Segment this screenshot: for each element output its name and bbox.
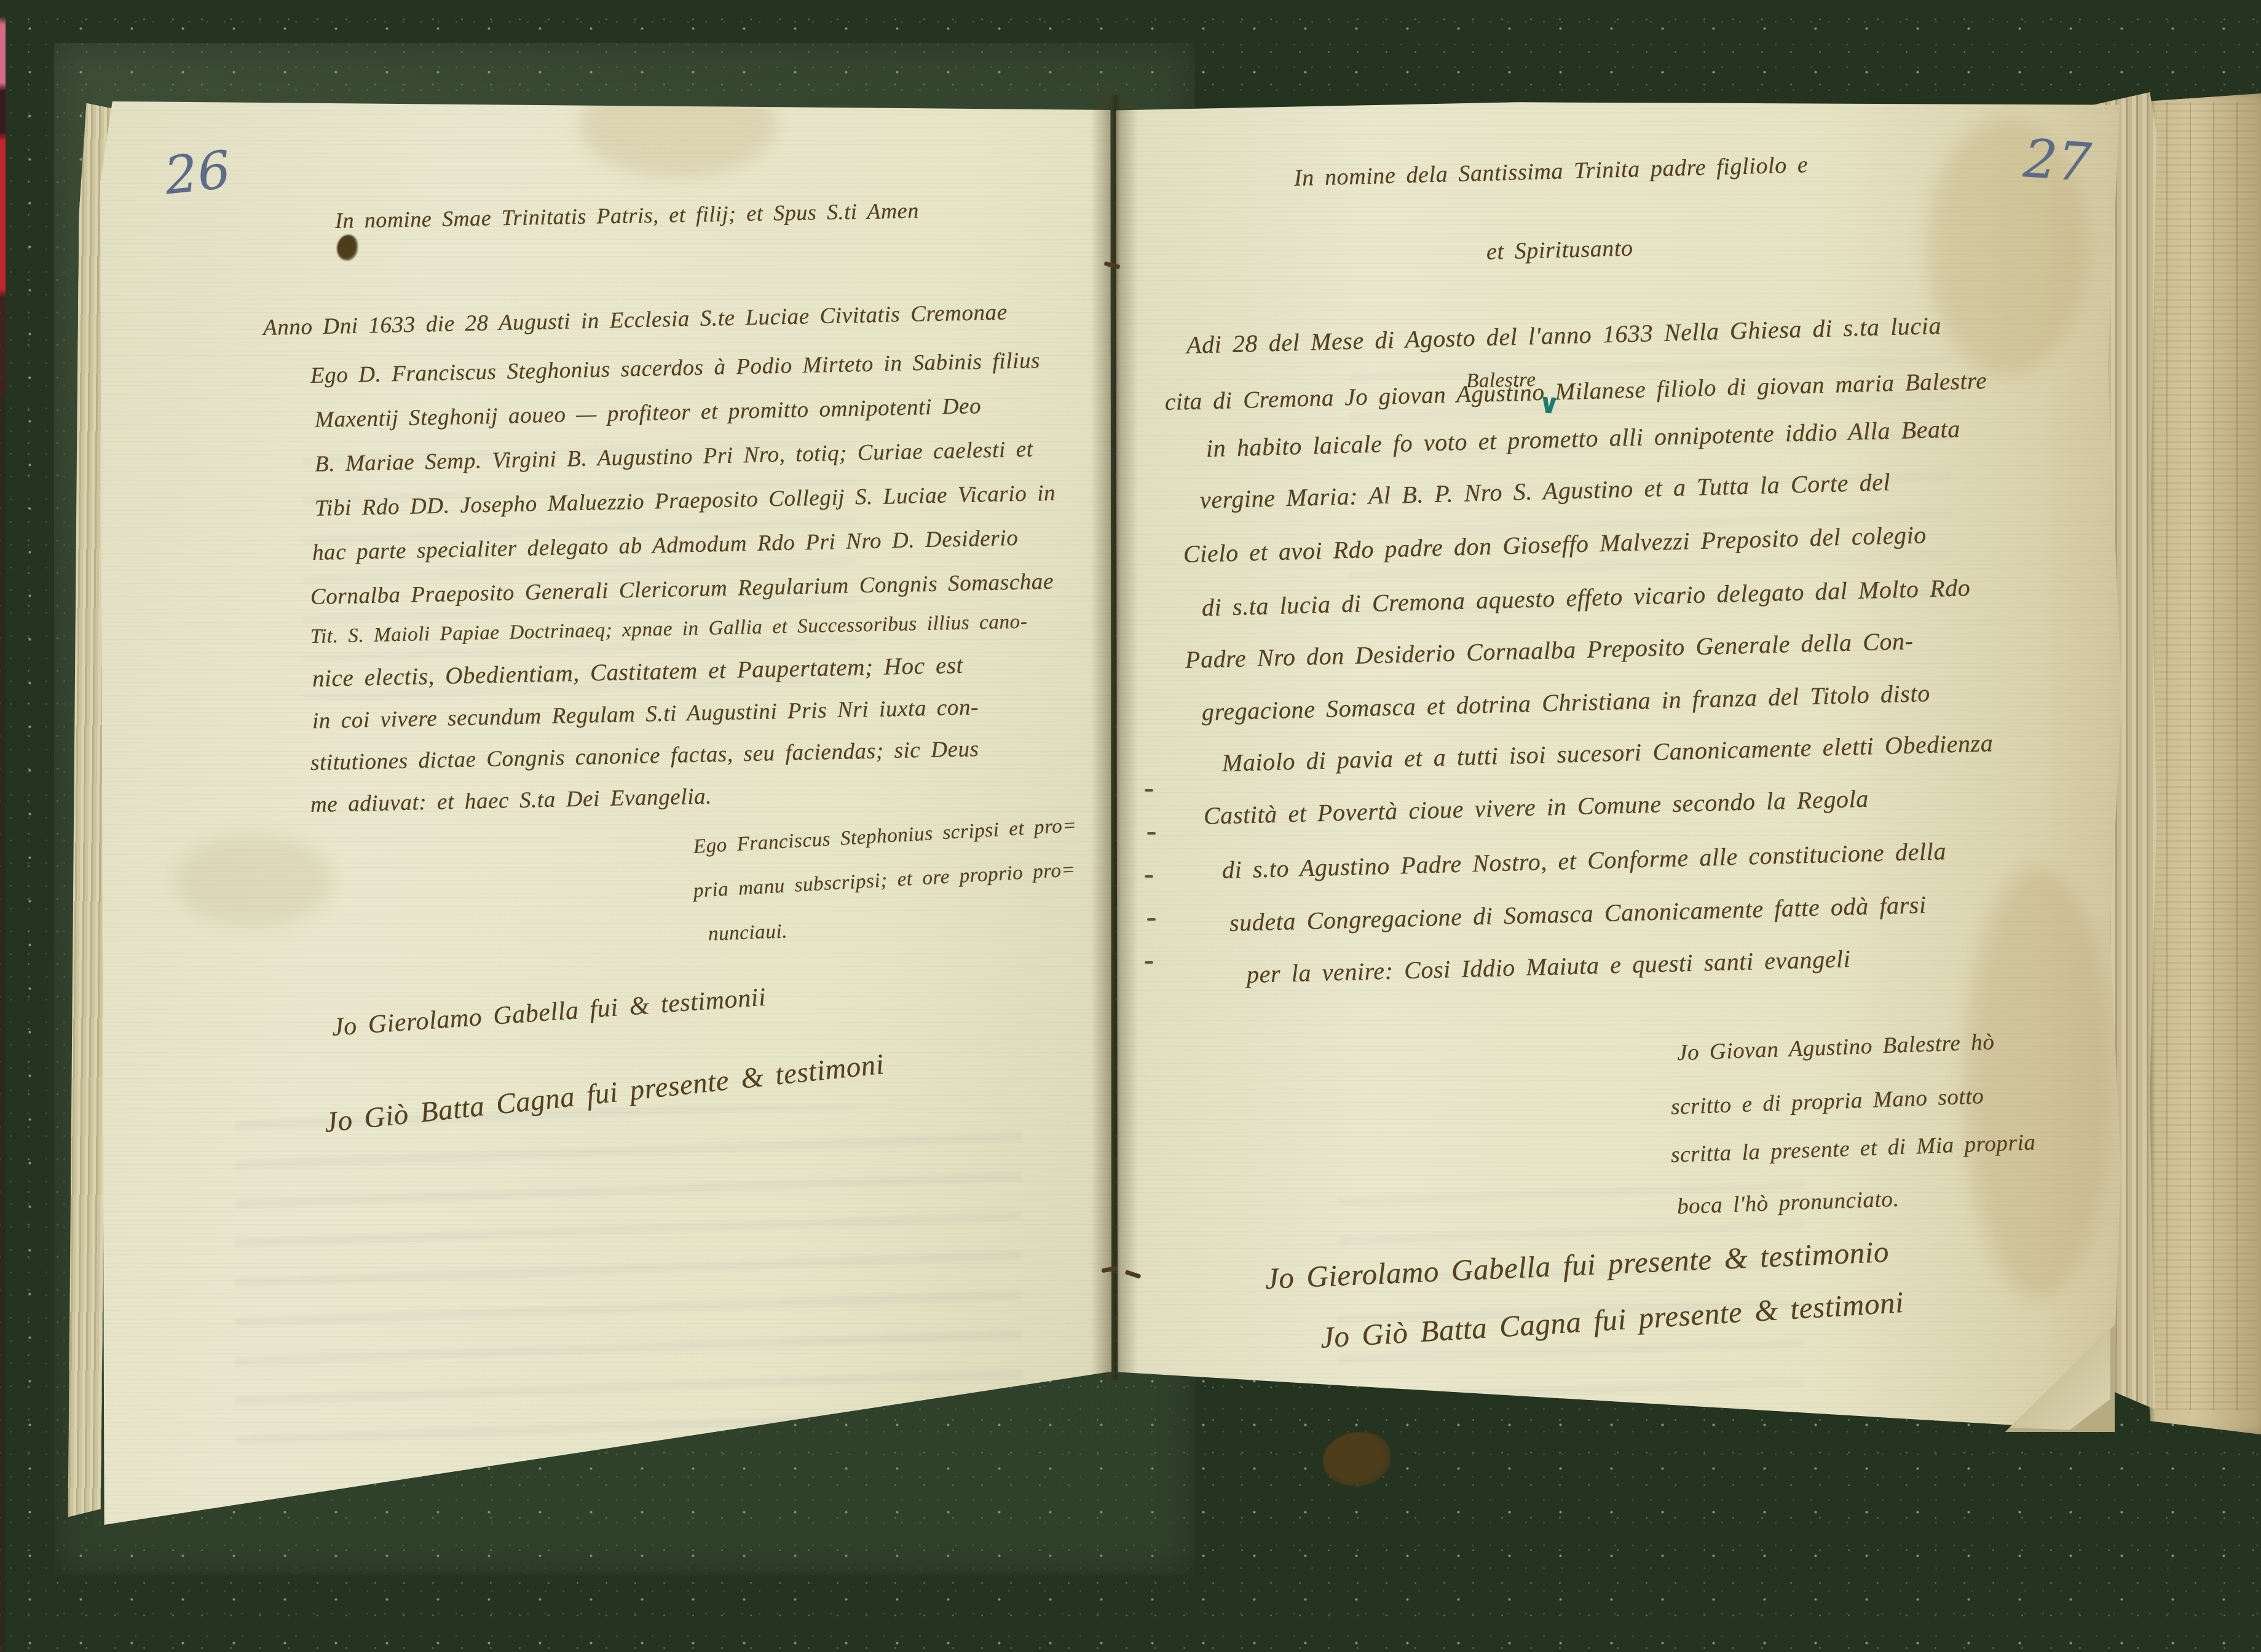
book-gutter	[1091, 95, 1138, 1380]
scan-edge-stripe	[0, 0, 6, 1652]
right-page-stain	[1964, 868, 2112, 1298]
loose-parchment-leaf	[2138, 93, 2261, 1434]
page-number-right: 27	[2022, 128, 2093, 194]
page-number-left: 26	[162, 140, 234, 206]
manuscript-scan: 26 27 In nomine Smae Trinitatis Patris, …	[0, 0, 2261, 1652]
margin-tick	[1147, 918, 1156, 921]
folded-page-corner	[2003, 1323, 2115, 1432]
ink-blot	[1323, 1432, 1391, 1486]
parchment-faded-script	[2149, 102, 2257, 1410]
margin-tick	[1147, 832, 1156, 835]
margin-tick	[1145, 961, 1153, 964]
left-page-stain	[174, 835, 334, 927]
bleedthrough-ghost-text	[235, 1105, 1022, 1449]
margin-tick	[1145, 875, 1153, 878]
right-heading-line: et Spiritusanto	[1486, 235, 1633, 265]
ink-blot	[337, 235, 358, 261]
left-attestation-line: nunciaui.	[708, 921, 787, 946]
margin-tick	[1145, 789, 1153, 792]
